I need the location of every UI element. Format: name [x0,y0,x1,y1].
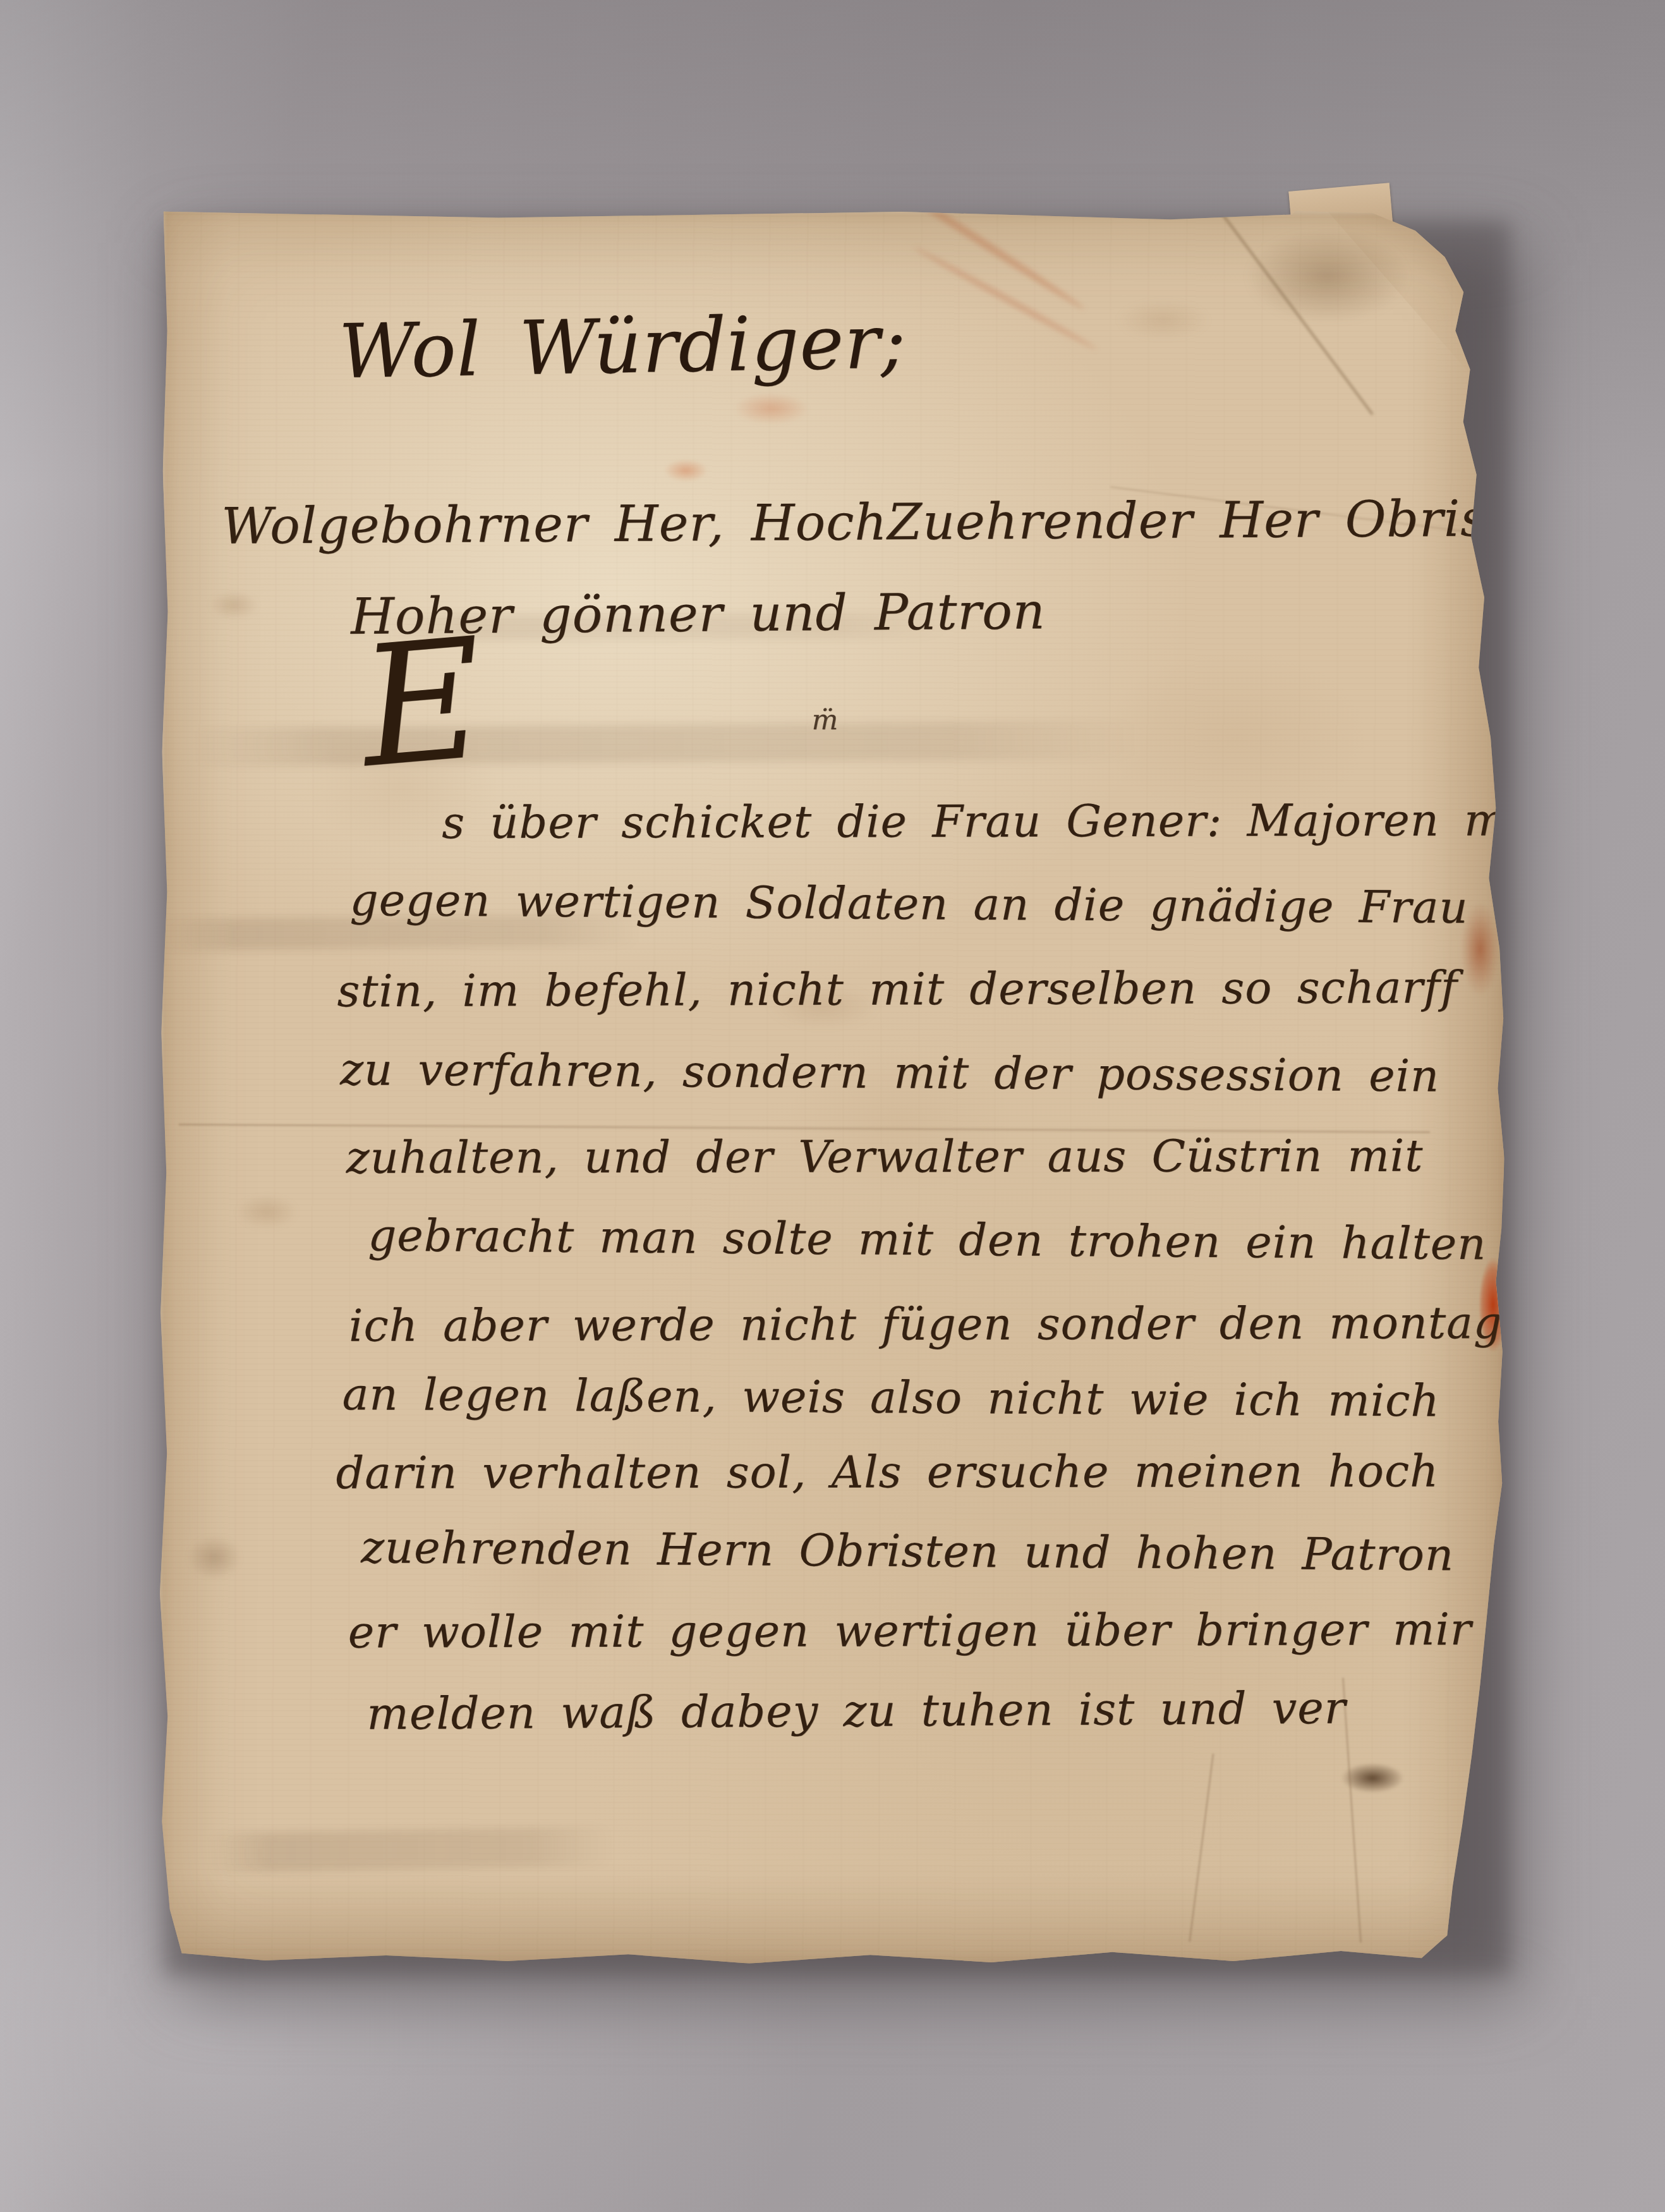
show-through-ghost-line [208,1826,613,1873]
manuscript-line: zuehrenden Hern Obristen und hohen Patro… [361,1521,1454,1581]
foxing-spot [209,590,259,619]
red-chalk-smudge [664,459,708,482]
manuscript-line: darin verhalten sol, Als ersuche meinen … [336,1445,1439,1499]
manuscript-line: er wolle mit gegen wertigen über bringer… [348,1603,1472,1658]
foxing-spot [187,1535,241,1579]
foxing-spot [1116,299,1211,341]
foxing-spot [235,1194,298,1230]
show-through-ghost-line [192,720,1140,766]
letter-heading: Wol Würdiger; [338,298,907,395]
manuscript-line: zu verfahren, sondern mit der possession… [340,1043,1439,1102]
photograph-of-manuscript: Wol Würdiger; Wolgebohrner Her, HochZueh… [0,0,1665,2212]
manuscript-letter-page: Wol Würdiger; Wolgebohrner Her, HochZueh… [157,208,1506,1966]
abbreviation-mark: m̈ [811,704,839,736]
red-chalk-smudge [734,393,809,425]
manuscript-line: stin, im befehl, nicht mit derselben so … [337,961,1458,1017]
ornamental-initial: E [355,616,490,791]
manuscript-line: melden waß dabey zu tuhen ist und ver [366,1682,1346,1739]
address-line: Wolgebohrner Her, HochZuehrender Her Obr… [221,489,1573,556]
manuscript-line: s über schicket die Frau Gener: Majoren … [442,794,1540,849]
manuscript-line: gebracht man solte mit den trohen ein ha… [368,1209,1486,1270]
manuscript-line: gegen wertigen Soldaten an die gnädige F… [349,874,1556,934]
manuscript-line: an legen laßen, weis also nicht wie ich … [342,1368,1439,1427]
manuscript-line: zuhalten, und der Verwalter aus Cüstrin … [346,1130,1424,1184]
manuscript-line: ich aber werde nicht fügen sonder den mo… [349,1297,1503,1352]
